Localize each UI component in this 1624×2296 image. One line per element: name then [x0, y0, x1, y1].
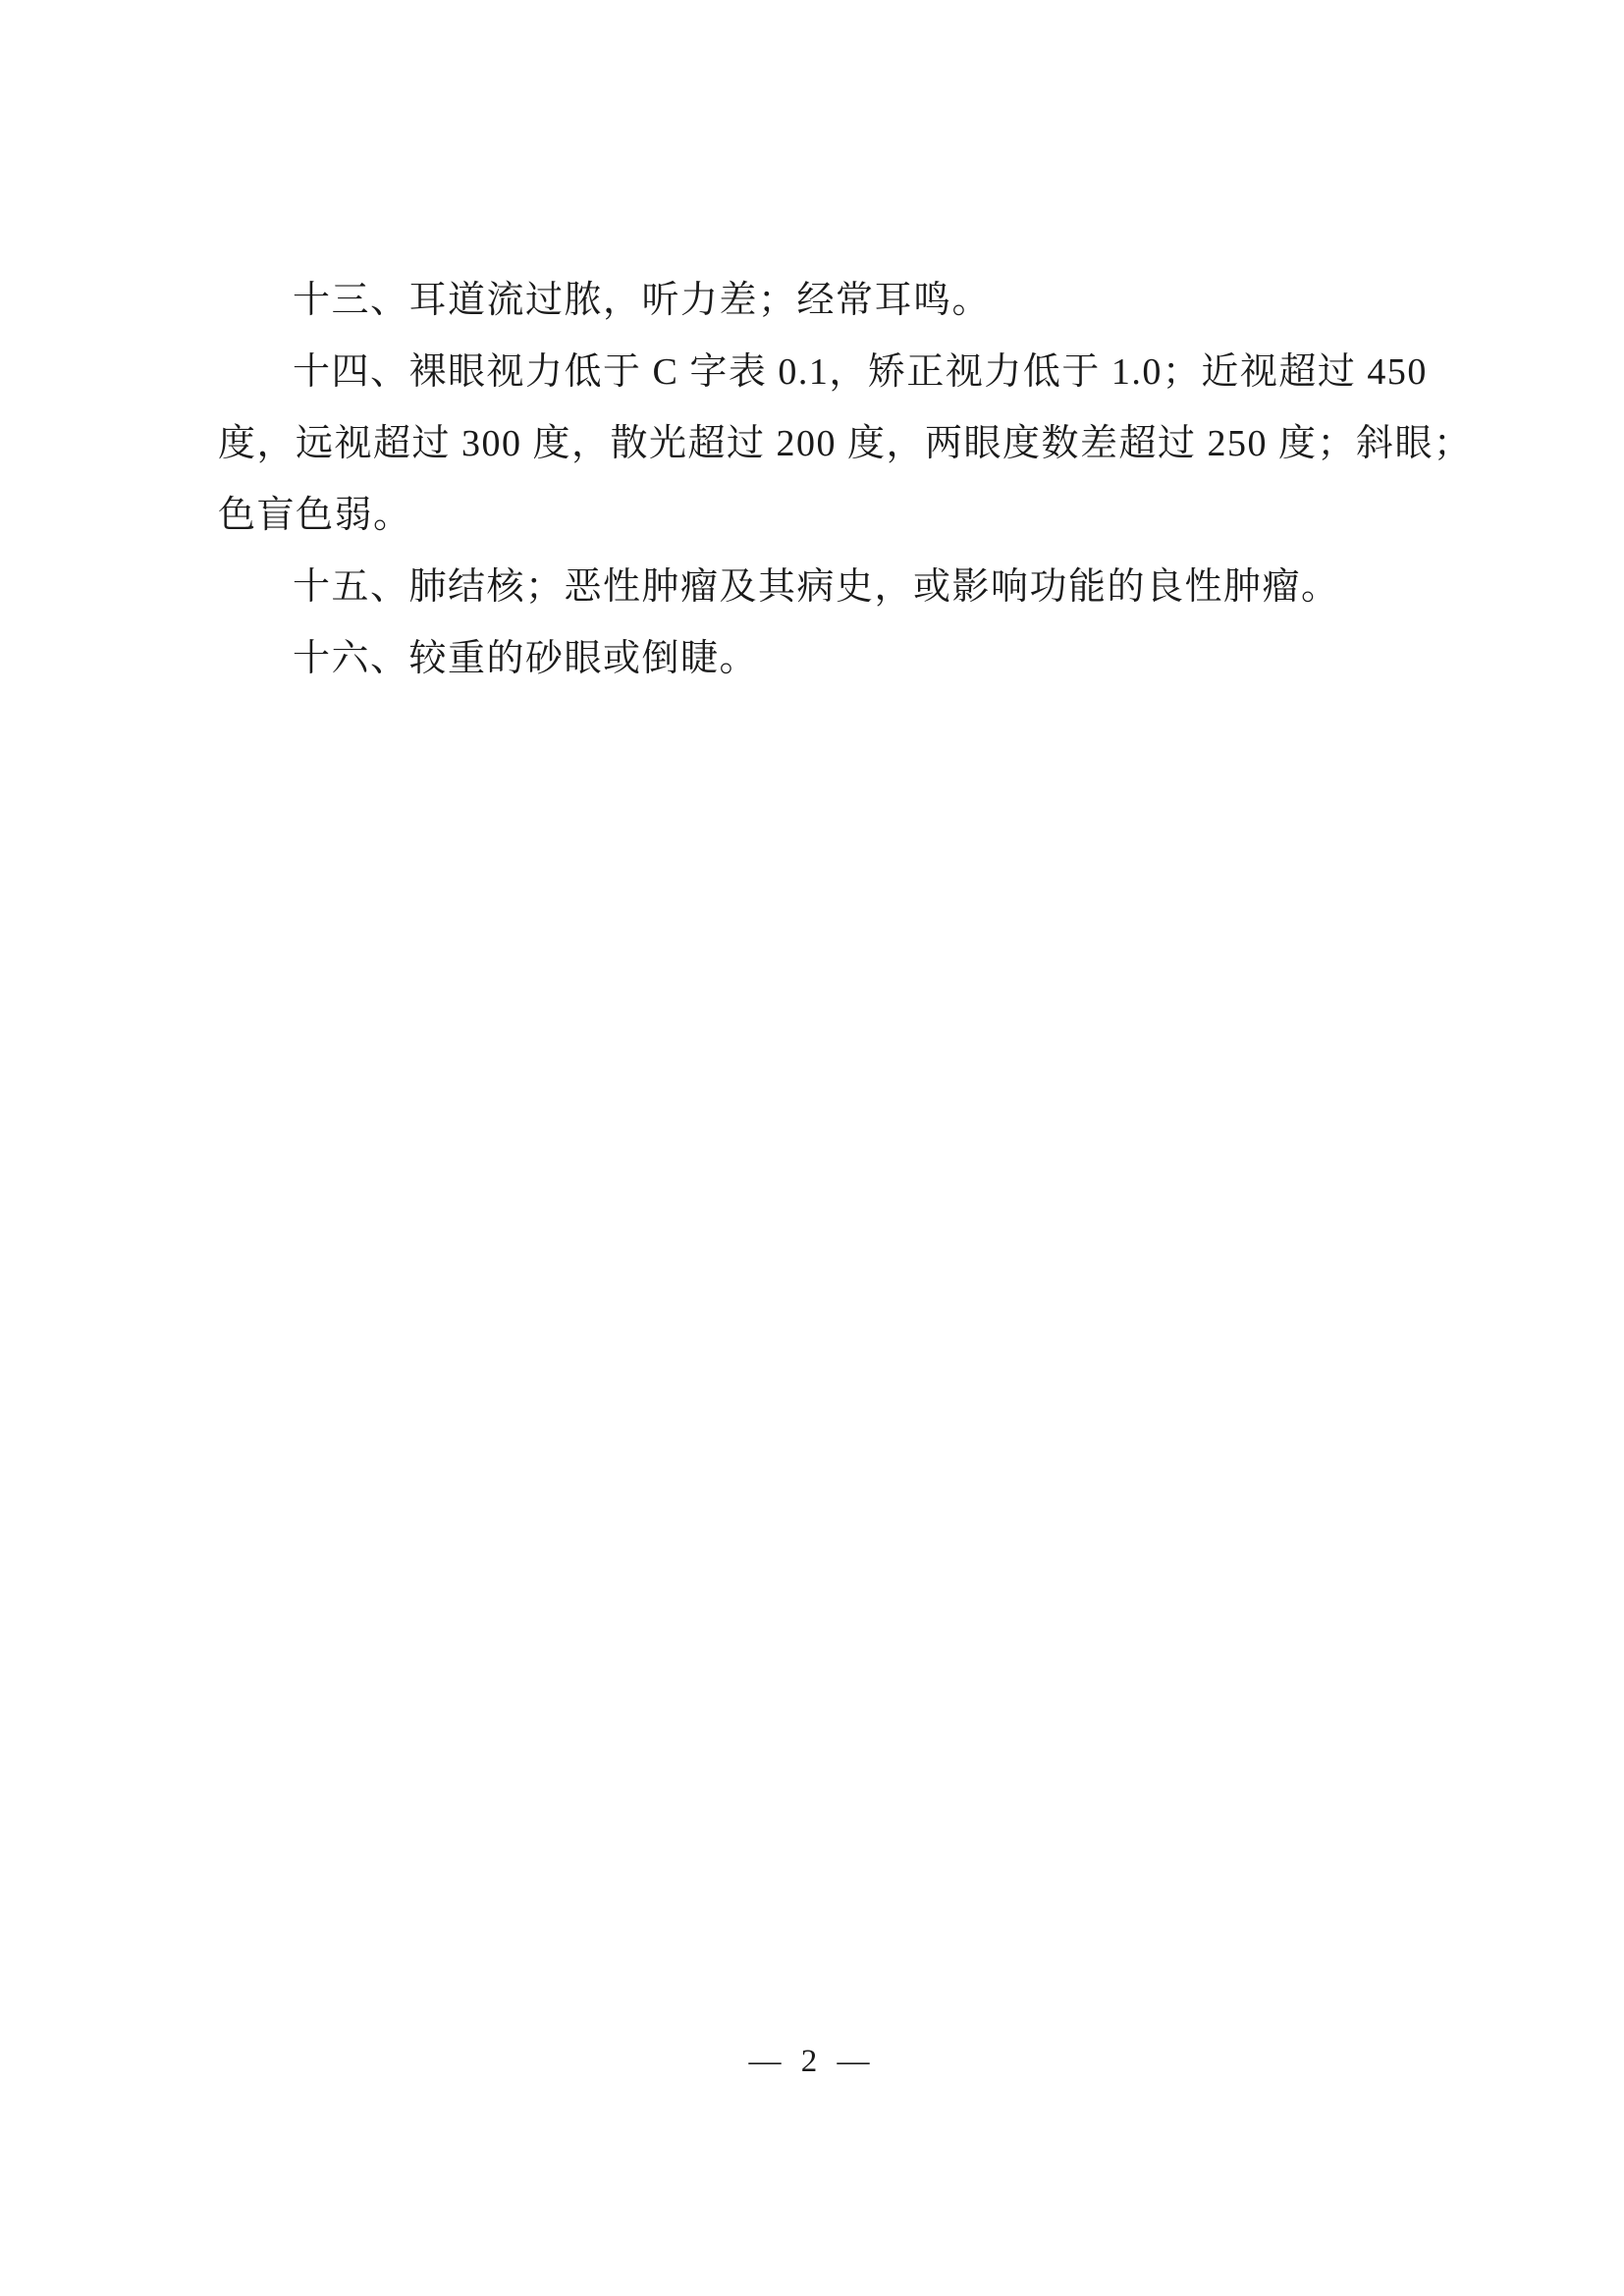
document-page: 十三、耳道流过脓，听力差；经常耳鸣。 十四、裸眼视力低于 C 字表 0.1，矫正…	[0, 0, 1624, 2296]
text-line-item-16: 十六、较重的砂眼或倒睫。	[218, 623, 1416, 695]
text-line-item-14-end: 色盲色弱。	[218, 480, 1416, 552]
text-line-item-14-start: 十四、裸眼视力低于 C 字表 0.1，矫正视力低于 1.0；近视超过 450	[218, 337, 1416, 408]
text-line-item-15: 十五、肺结核；恶性肿瘤及其病史，或影响功能的良性肿瘤。	[218, 552, 1416, 623]
body-text: 十三、耳道流过脓，听力差；经常耳鸣。 十四、裸眼视力低于 C 字表 0.1，矫正…	[218, 265, 1416, 695]
text-line-item-14-cont: 度，远视超过 300 度，散光超过 200 度，两眼度数差超过 250 度；斜眼…	[218, 408, 1416, 480]
text-line-item-13: 十三、耳道流过脓，听力差；经常耳鸣。	[218, 265, 1416, 337]
page-number: — 2 —	[0, 2040, 1624, 2083]
